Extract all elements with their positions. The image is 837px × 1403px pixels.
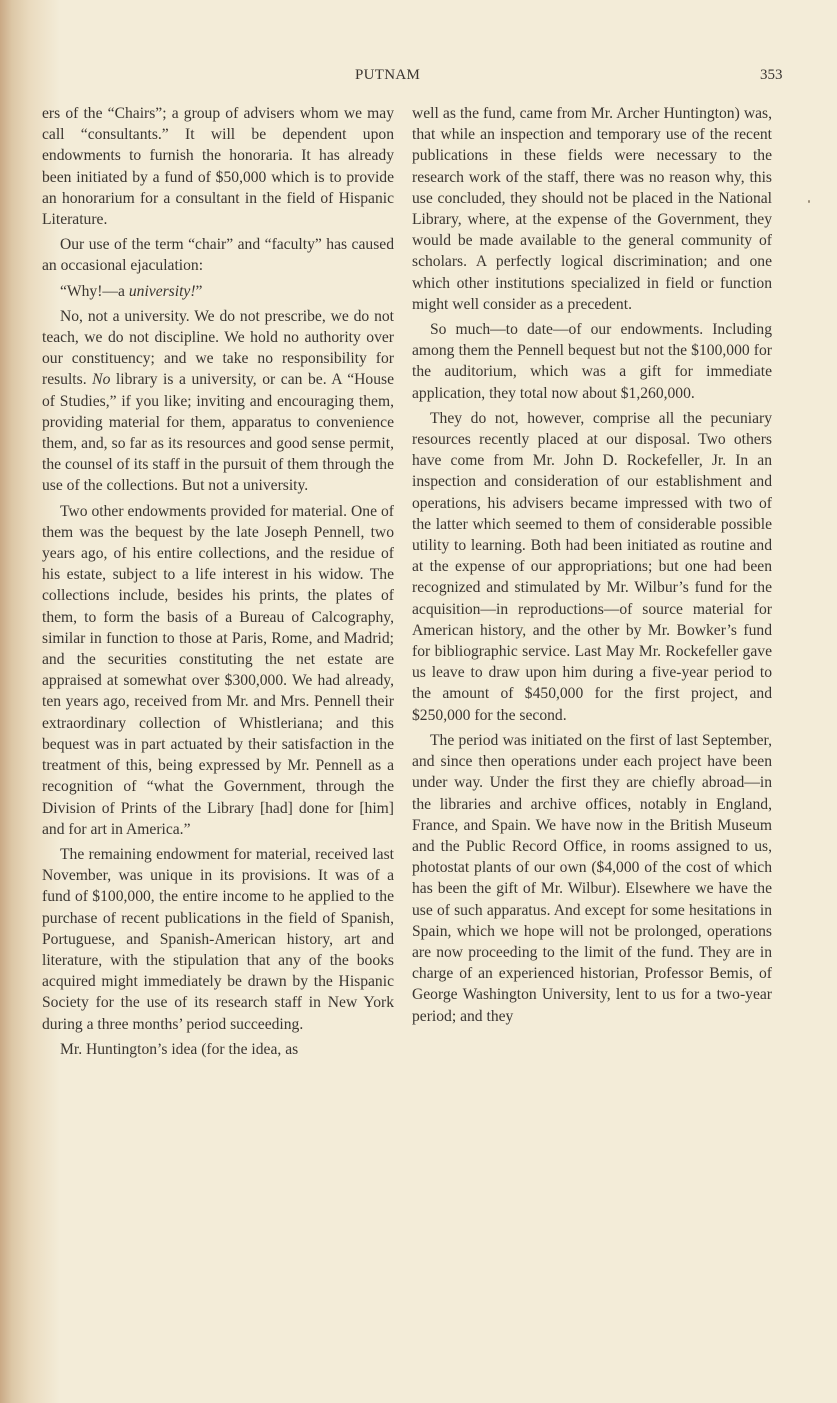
- right-column: well as the fund, came from Mr. Archer H…: [412, 103, 772, 1027]
- page-header: PUTNAM 353: [0, 67, 837, 91]
- italic-emphasis: university!: [129, 283, 196, 300]
- paragraph: They do not, however, comprise all the p…: [412, 408, 772, 726]
- paragraph: No, not a university. We do not prescrib…: [42, 306, 394, 497]
- paragraph: The remaining endowment for material, re…: [42, 844, 394, 1035]
- paragraph: well as the fund, came from Mr. Archer H…: [412, 103, 772, 315]
- paragraph: So much—to date—of our endowments. Inclu…: [412, 319, 772, 404]
- paragraph: Two other endowments provided for materi…: [42, 501, 394, 840]
- paragraph: Our use of the term “chair” and “faculty…: [42, 234, 394, 276]
- paragraph: ers of the “Chairs”; a group of advisers…: [42, 103, 394, 230]
- paragraph: The period was initiated on the first of…: [412, 730, 772, 1027]
- left-column: ers of the “Chairs”; a group of advisers…: [42, 103, 394, 1060]
- running-head: PUTNAM: [355, 67, 420, 84]
- paragraph: Mr. Huntington’s idea (for the idea, as: [42, 1039, 394, 1060]
- quoted-exclamation: “Why!—a university!”: [42, 281, 394, 302]
- italic-emphasis: No: [92, 371, 110, 388]
- page-number: 353: [760, 67, 783, 84]
- paper-speck: [808, 200, 810, 203]
